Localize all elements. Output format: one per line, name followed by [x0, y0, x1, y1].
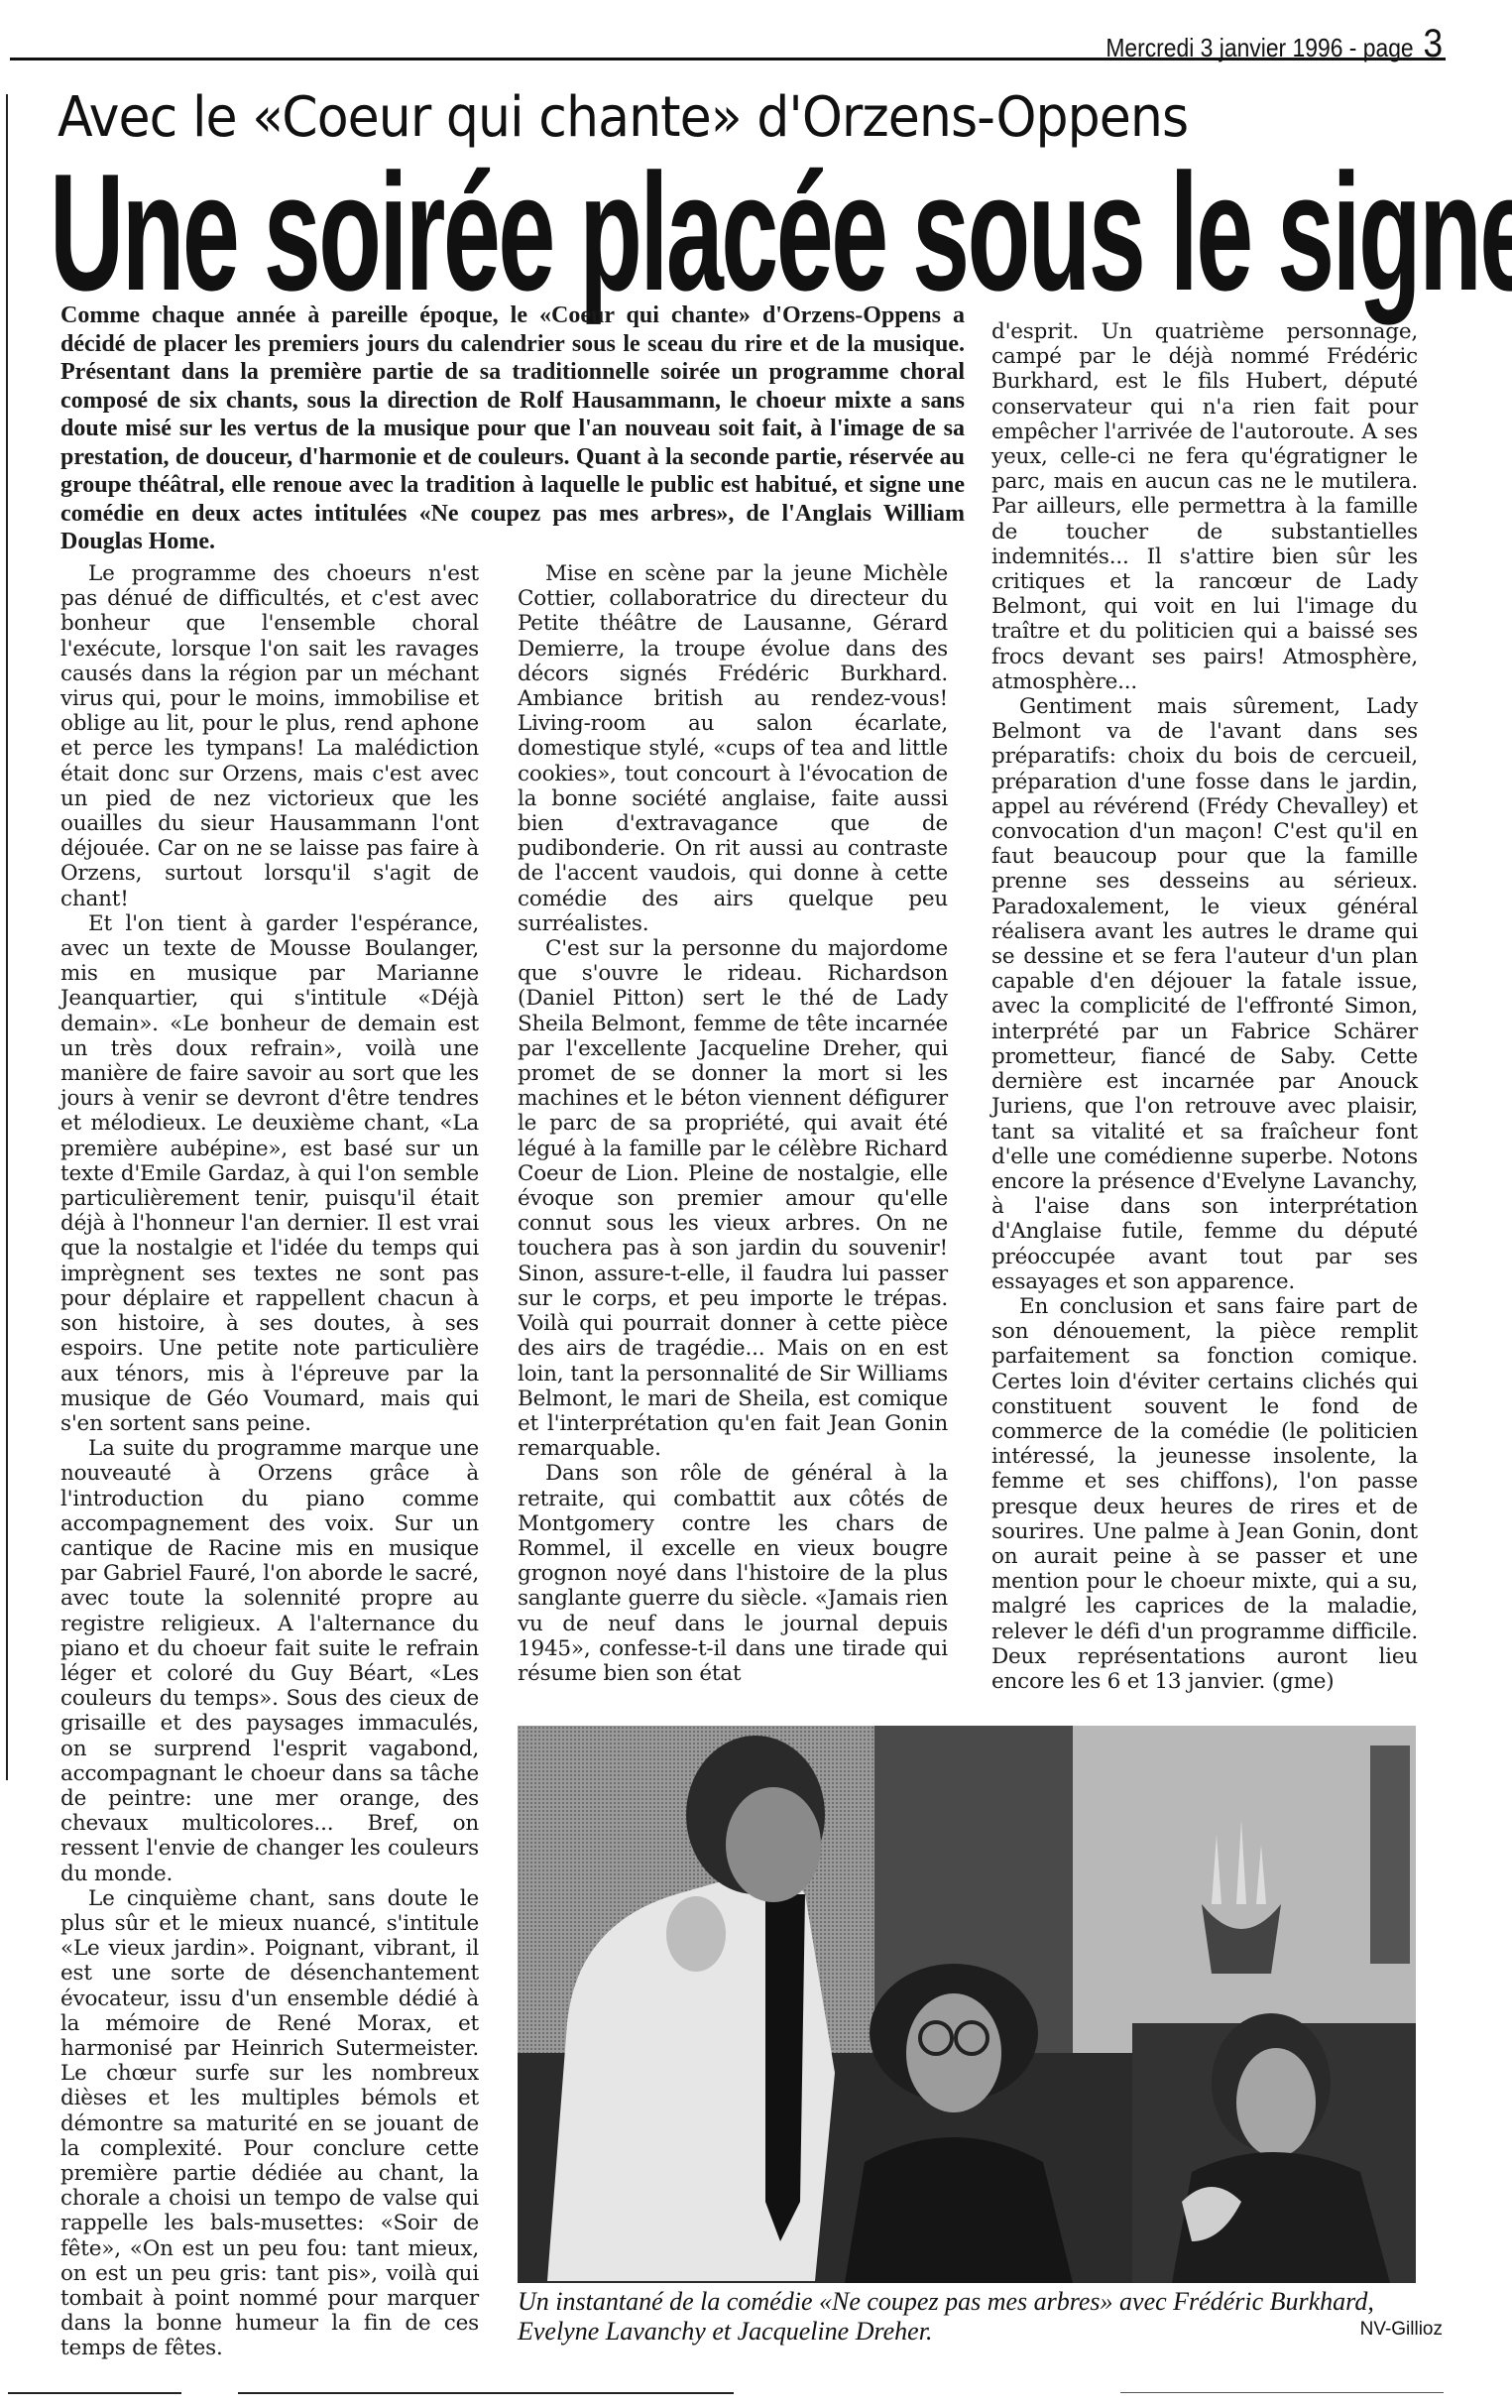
article-lede: Comme chaque année à pareille époque, le…	[60, 301, 965, 556]
header-rule	[10, 58, 1446, 60]
footer-rule	[238, 2392, 734, 2394]
photo-credit: NV-Gillioz	[1360, 2319, 1443, 2341]
paragraph: En conclusion et sans faire part de son …	[991, 1294, 1418, 1694]
footer-rule	[8, 2392, 181, 2394]
text-column-2: Mise en scène par la jeune Michèle Cotti…	[518, 561, 948, 1686]
footer-rule	[1120, 2392, 1444, 2393]
left-margin-rule	[6, 94, 8, 1780]
photo-caption: Un instantané de la comédie «Ne coupez p…	[518, 2287, 1416, 2347]
text-column-3: d'esprit. Un quatrième personnage, campé…	[991, 319, 1418, 1694]
paragraph: Gentiment mais sûrement, Lady Belmont va…	[991, 694, 1418, 1294]
article-headline: Une soirée placée sous le signe du rire	[50, 149, 1512, 315]
text-column-1: Le programme des choeurs n'est pas dénué…	[60, 561, 479, 2361]
article-photo	[518, 1726, 1416, 2283]
paragraph: Le programme des choeurs n'est pas dénué…	[60, 561, 479, 911]
paragraph: Et l'on tient à garder l'espérance, avec…	[60, 911, 479, 1436]
paragraph: Mise en scène par la jeune Michèle Cotti…	[518, 561, 948, 936]
paragraph: d'esprit. Un quatrième personnage, campé…	[991, 319, 1418, 694]
paragraph: Le cinquième chant, sans doute le plus s…	[60, 1886, 479, 2361]
paragraph: La suite du programme marque une nouveau…	[60, 1436, 479, 1886]
paragraph: C'est sur la personne du majordome que s…	[518, 936, 948, 1461]
paragraph: Dans son rôle de général à la retraite, …	[518, 1461, 948, 1686]
photo-scene-illustration	[518, 1726, 1416, 2283]
